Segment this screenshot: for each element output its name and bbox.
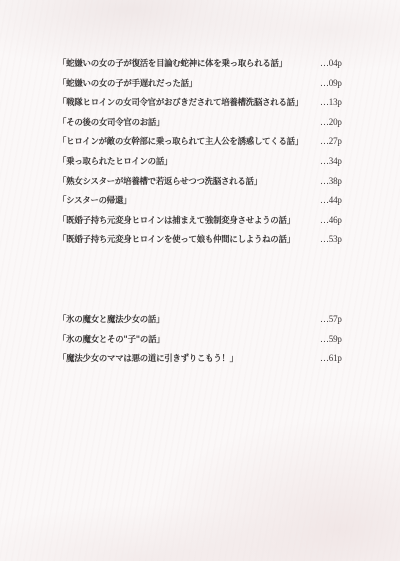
toc-entry-title: 「シスターの帰還」: [58, 191, 131, 211]
toc-entry-title: 「熟女シスターが培養槽で若返らせつつ洗脳される話」: [58, 172, 262, 192]
table-of-contents-group-2: 「氷の魔女と魔法少女の話」 …57p 「氷の魔女とその"子"の話」 …59p 「…: [58, 310, 348, 369]
toc-entry-page: …57p: [320, 310, 342, 330]
toc-entry-page: …20p: [320, 113, 342, 133]
toc-entry-page: …61p: [320, 349, 342, 369]
toc-entry-title: 「蛇嫌いの女の子が手遅れだった話」: [58, 74, 197, 94]
toc-entry[interactable]: 「蛇嫌いの女の子が復活を目論む蛇神に体を乗っ取られる話」 …04p: [58, 54, 348, 74]
toc-entry[interactable]: 「氷の魔女とその"子"の話」 …59p: [58, 330, 348, 350]
toc-entry[interactable]: 「蛇嫌いの女の子が手遅れだった話」 …09p: [58, 74, 348, 94]
toc-entry[interactable]: 「熟女シスターが培養槽で若返らせつつ洗脳される話」 …38p: [58, 172, 348, 192]
toc-entry-page: …13p: [320, 93, 342, 113]
toc-entry[interactable]: 「魔法少女のママは悪の道に引きずりこもう！」 …61p: [58, 349, 348, 369]
toc-entry-title: 「戦隊ヒロインの女司令官がおびきだされて培養槽洗脳される話」: [58, 93, 303, 113]
toc-entry[interactable]: 「既婚子持ち元変身ヒロインを使って娘も仲間にしようねの話」 …53p: [58, 230, 348, 250]
toc-entry-title: 「氷の魔女と魔法少女の話」: [58, 310, 164, 330]
toc-entry-title: 「既婚子持ち元変身ヒロインは捕まえて強制変身させようの話」: [58, 211, 295, 231]
toc-entry[interactable]: 「乗っ取られたヒロインの話」 …34p: [58, 152, 348, 172]
toc-entry-title: 「ヒロインが敵の女幹部に乗っ取られて主人公を誘惑してくる話」: [58, 132, 303, 152]
toc-entry-page: …27p: [320, 132, 342, 152]
toc-entry[interactable]: 「その後の女司令官のお話」 …20p: [58, 113, 348, 133]
toc-entry-title: 「その後の女司令官のお話」: [58, 113, 164, 133]
toc-entry-title: 「既婚子持ち元変身ヒロインを使って娘も仲間にしようねの話」: [58, 230, 295, 250]
toc-entry[interactable]: 「既婚子持ち元変身ヒロインは捕まえて強制変身させようの話」 …46p: [58, 211, 348, 231]
toc-entry-page: …59p: [320, 330, 342, 350]
toc-entry[interactable]: 「氷の魔女と魔法少女の話」 …57p: [58, 310, 348, 330]
toc-entry-page: …38p: [320, 172, 342, 192]
toc-entry-page: …04p: [320, 54, 342, 74]
toc-entry-page: …34p: [320, 152, 342, 172]
toc-entry-page: …46p: [320, 211, 342, 231]
toc-entry-page: …09p: [320, 74, 342, 94]
toc-entry-page: …44p: [320, 191, 342, 211]
toc-entry[interactable]: 「ヒロインが敵の女幹部に乗っ取られて主人公を誘惑してくる話」 …27p: [58, 132, 348, 152]
toc-entry-title: 「蛇嫌いの女の子が復活を目論む蛇神に体を乗っ取られる話」: [58, 54, 287, 74]
toc-entry-title: 「魔法少女のママは悪の道に引きずりこもう！」: [58, 349, 238, 369]
toc-entry-title: 「乗っ取られたヒロインの話」: [58, 152, 172, 172]
toc-entry-page: …53p: [320, 230, 342, 250]
toc-entry-title: 「氷の魔女とその"子"の話」: [58, 330, 164, 350]
table-of-contents-group-1: 「蛇嫌いの女の子が復活を目論む蛇神に体を乗っ取られる話」 …04p 「蛇嫌いの女…: [58, 54, 348, 250]
toc-entry[interactable]: 「戦隊ヒロインの女司令官がおびきだされて培養槽洗脳される話」 …13p: [58, 93, 348, 113]
toc-entry[interactable]: 「シスターの帰還」 …44p: [58, 191, 348, 211]
